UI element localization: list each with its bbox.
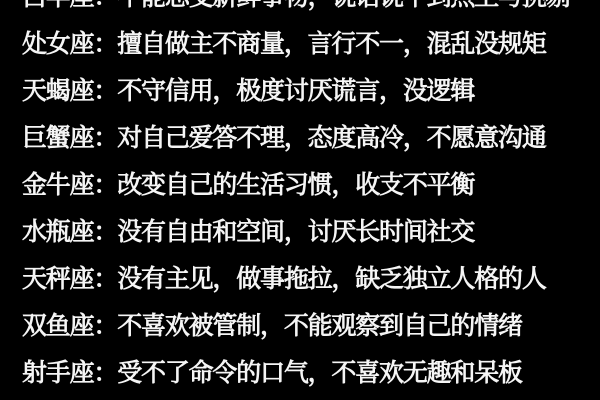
zodiac-sign-label: 双鱼座 — [22, 311, 93, 340]
zodiac-sign-label: 处女座 — [22, 29, 93, 58]
screenshot-root: 白羊座：不能忍受新鲜事物，说话说不到点上与挑剔 处女座：擅自做主不商量，言行不一… — [0, 0, 600, 400]
zodiac-description: 改变自己的生活习惯，收支不平衡 — [117, 170, 474, 199]
zodiac-list: 白羊座：不能忍受新鲜事物，说话说不到点上与挑剔 处女座：擅自做主不商量，言行不一… — [22, 0, 590, 396]
zodiac-description: 不能忍受新鲜事物，说话说不到点上与挑剔 — [117, 0, 569, 11]
zodiac-description: 受不了命令的口气，不喜欢无趣和呆板 — [117, 358, 522, 387]
zodiac-description: 不守信用，极度讨厌谎言，没逻辑 — [117, 76, 474, 105]
zodiac-sign-label: 白羊座 — [22, 0, 93, 11]
zodiac-description: 不喜欢被管制，不能观察到自己的情绪 — [117, 311, 522, 340]
zodiac-sign-label: 天秤座 — [22, 264, 93, 293]
row-separator: ： — [93, 217, 117, 246]
zodiac-description: 对自己爱答不理，态度高冷，不愿意沟通 — [117, 123, 545, 152]
row-separator: ： — [93, 170, 117, 199]
zodiac-row-aries: 白羊座：不能忍受新鲜事物，说话说不到点上与挑剔 — [22, 0, 590, 20]
zodiac-row-aquarius: 水瓶座：没有自由和空间，讨厌长时间社交 — [22, 208, 590, 255]
zodiac-sign-label: 水瓶座 — [22, 217, 93, 246]
row-separator: ： — [93, 358, 117, 387]
zodiac-row-virgo: 处女座：擅自做主不商量，言行不一，混乱没规矩 — [22, 20, 590, 67]
row-separator: ： — [93, 311, 117, 340]
zodiac-row-cancer: 巨蟹座：对自己爱答不理，态度高冷，不愿意沟通 — [22, 114, 590, 161]
row-separator: ： — [93, 0, 117, 11]
zodiac-sign-label: 天蝎座 — [22, 76, 93, 105]
zodiac-description: 没有主见，做事拖拉，缺乏独立人格的人 — [117, 264, 545, 293]
zodiac-row-scorpio: 天蝎座：不守信用，极度讨厌谎言，没逻辑 — [22, 67, 590, 114]
zodiac-row-libra: 天秤座：没有主见，做事拖拉，缺乏独立人格的人 — [22, 255, 590, 302]
row-separator: ： — [93, 123, 117, 152]
row-separator: ： — [93, 76, 117, 105]
zodiac-sign-label: 巨蟹座 — [22, 123, 93, 152]
zodiac-sign-label: 金牛座 — [22, 170, 93, 199]
zodiac-row-sagittarius: 射手座：受不了命令的口气，不喜欢无趣和呆板 — [22, 349, 590, 396]
zodiac-sign-label: 射手座 — [22, 358, 93, 387]
zodiac-row-pisces: 双鱼座：不喜欢被管制，不能观察到自己的情绪 — [22, 302, 590, 349]
zodiac-description: 擅自做主不商量，言行不一，混乱没规矩 — [117, 29, 545, 58]
row-separator: ： — [93, 264, 117, 293]
row-separator: ： — [93, 29, 117, 58]
zodiac-description: 没有自由和空间，讨厌长时间社交 — [117, 217, 474, 246]
zodiac-row-taurus: 金牛座：改变自己的生活习惯，收支不平衡 — [22, 161, 590, 208]
